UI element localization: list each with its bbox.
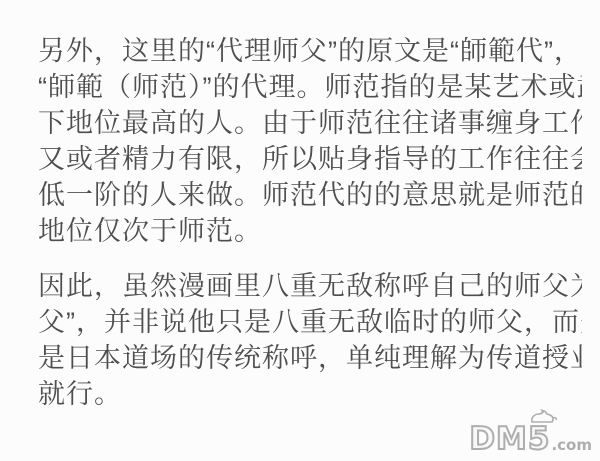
- text-line: 下地位最高的人。由于师范往往诸事缠身工作繁忙，: [38, 105, 582, 141]
- text-line: 就行。: [38, 376, 582, 412]
- watermark-logo-text: DM5: [469, 424, 550, 454]
- text-line: 又或者精力有限，所以贴身指导的工作往往会交给更: [38, 141, 582, 177]
- paragraph-2: 因此，虽然漫画里八重无敌称呼自己的师父为“代理师 父”，并非说他只是八重无敌临时…: [38, 268, 582, 412]
- mascot-icon: [528, 409, 558, 425]
- paragraph-1: 另外，这里的“代理师父”的原文是“師範代”，也就是 “師範（师范）”的代理。师范…: [38, 33, 582, 249]
- text-line: 是日本道场的传统称呼，单纯理解为传道授业的师父: [38, 340, 582, 376]
- text-line: 地位仅次于师范。: [38, 213, 582, 249]
- article-page: 另外，这里的“代理师父”的原文是“師範代”，也就是 “師範（师范）”的代理。师范…: [0, 0, 600, 461]
- watermark-suffix-text: .com: [551, 437, 592, 454]
- article-text: 另外，这里的“代理师父”的原文是“師範代”，也就是 “師範（师范）”的代理。师范…: [38, 33, 582, 412]
- text-line: “師範（师范）”的代理。师范指的是某艺术或武道门: [38, 69, 582, 105]
- text-line: 另外，这里的“代理师父”的原文是“師範代”，也就是: [38, 33, 582, 69]
- watermark: DM5.com: [469, 420, 592, 454]
- text-line: 父”，并非说他只是八重无敌临时的师父，而是因为这: [38, 304, 582, 340]
- text-line: 低一阶的人来做。师范代的的意思就是师范的代理，: [38, 177, 582, 213]
- text-line: 因此，虽然漫画里八重无敌称呼自己的师父为“代理师: [38, 268, 582, 304]
